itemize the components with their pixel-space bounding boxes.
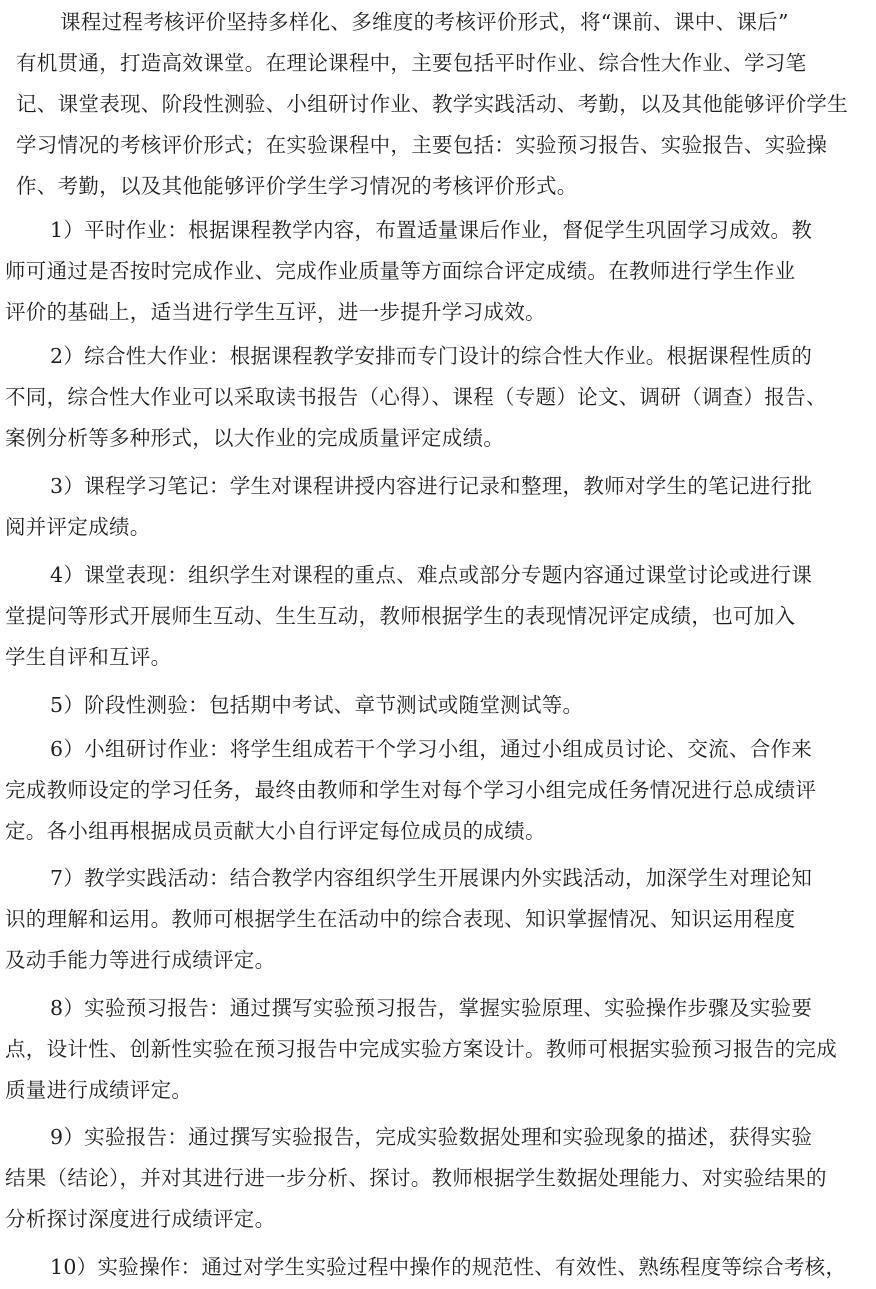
item-6-line-1: 6）小组研讨作业：将学生组成若干个学习小组，通过小组成员讨论、交流、合作来 xyxy=(50,737,812,761)
item-4-line-1: 4）课堂表现：组织学生对课程的重点、难点或部分专题内容通过课堂讨论或进行课 xyxy=(50,563,812,587)
intro-line-2: 有机贯通，打造高效课堂。在理论课程中，主要包括平时作业、综合性大作业、学习笔 xyxy=(16,51,861,75)
item-4-line-3: 学生自评和互评。 xyxy=(5,645,171,669)
item-3-line-1: 3）课程学习笔记：学生对课程讲授内容进行记录和整理，教师对学生的笔记进行批 xyxy=(50,474,812,498)
item-7-line-1: 7）教学实践活动：结合教学内容组织学生开展课内外实践活动，加深学生对理论知 xyxy=(50,866,812,890)
item-6-line-2: 完成教师设定的学习任务，最终由教师和学生对每个学习小组完成任务情况进行总成绩评 xyxy=(5,778,816,802)
item-7-line-2: 识的理解和运用。教师可根据学生在活动中的综合表现、知识掌握情况、知识运用程度 xyxy=(5,907,795,931)
item-10-line-1: 10）实验操作：通过对学生实验过程中操作的规范性、有效性、熟练程度等综合考核， xyxy=(50,1255,846,1279)
item-2-line-1: 2）综合性大作业：根据课程教学安排而专门设计的综合性大作业。根据课程性质的 xyxy=(50,344,812,368)
item-1-line-2: 师可通过是否按时完成作业、完成作业质量等方面综合评定成绩。在教师进行学生作业 xyxy=(5,259,795,283)
item-3-line-2: 阅并评定成绩。 xyxy=(5,515,151,539)
item-8-line-3: 质量进行成绩评定。 xyxy=(5,1078,192,1102)
item-9-line-3: 分析探讨深度进行成绩评定。 xyxy=(5,1207,275,1231)
item-2-line-3: 案例分析等多种形式，以大作业的完成质量评定成绩。 xyxy=(5,426,504,450)
item-8-line-2: 点，设计性、创新性实验在预习报告中完成实验方案设计。教师可根据实验预习报告的完成 xyxy=(5,1037,837,1061)
item-8-line-1: 8）实验预习报告：通过撰写实验预习报告，掌握实验原理、实验操作步骤及实验要 xyxy=(50,996,812,1020)
item-9-line-2: 结果（结论），并对其进行进一步分析、探讨。教师根据学生数据处理能力、对实验结果的 xyxy=(5,1166,827,1190)
intro-line-3: 记、课堂表现、阶段性测验、小组研讨作业、教学实践活动、考勤，以及其他能够评价学生 xyxy=(16,92,861,116)
item-6-line-3: 定。各小组再根据成员贡献大小自行评定每位成员的成绩。 xyxy=(5,819,546,843)
item-7-line-3: 及动手能力等进行成绩评定。 xyxy=(5,948,275,972)
item-5-line-1: 5）阶段性测验：包括期中考试、章节测试或随堂测试等。 xyxy=(50,693,583,717)
item-1-line-1: 1）平时作业：根据课程教学内容，布置适量课后作业，督促学生巩固学习成效。教 xyxy=(50,218,812,242)
intro-line-1: 课程过程考核评价坚持多样化、多维度的考核评价形式，将“课前、课中、课后” xyxy=(60,10,860,34)
item-9-line-1: 9）实验报告：通过撰写实验报告，完成实验数据处理和实验现象的描述，获得实验 xyxy=(50,1125,812,1149)
intro-line-5: 作、考勤，以及其他能够评价学生学习情况的考核评价形式。 xyxy=(16,174,861,198)
item-1-line-3: 评价的基础上，适当进行学生互评，进一步提升学习成效。 xyxy=(5,300,546,324)
intro-line-4: 学习情况的考核评价形式；在实验课程中，主要包括：实验预习报告、实验报告、实验操 xyxy=(16,133,861,157)
item-2-line-2: 不同，综合性大作业可以采取读书报告（心得）、课程（专题）论文、调研（调查）报告、 xyxy=(5,385,827,409)
item-4-line-2: 堂提问等形式开展师生互动、生生互动，教师根据学生的表现情况评定成绩，也可加入 xyxy=(5,604,795,628)
